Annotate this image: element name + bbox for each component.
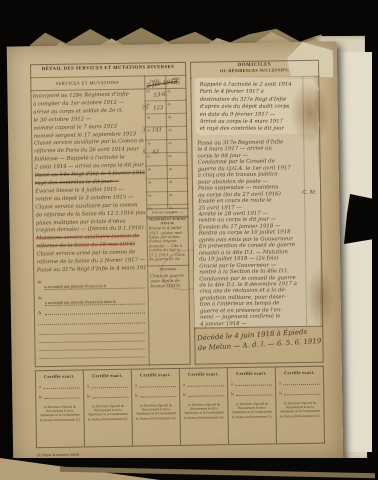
certify-a-prefix: à xyxy=(183,382,185,387)
date-number: 75 123 xyxy=(142,105,182,113)
date-number: 5 42 xyxy=(142,149,182,157)
certify-label: Certifié exact. xyxy=(228,370,275,376)
certify-fill-line xyxy=(236,390,272,396)
certify-le-prefix: le xyxy=(231,391,234,396)
certify-fill-line xyxy=(187,381,224,387)
certify-le-prefix: le xyxy=(183,392,186,397)
certify-fill-line xyxy=(92,393,128,399)
certify-box: Certifié exact. à le Le Directeur région… xyxy=(36,370,84,447)
certify-fill-line xyxy=(139,382,176,388)
certify-a-prefix: à xyxy=(87,383,89,388)
campaign-du-label: du xyxy=(148,180,151,184)
certify-a-prefix: à xyxy=(279,380,281,385)
document-page: DÉTAIL DES SERVICES ET MUTATIONS DIVERSE… xyxy=(7,41,344,464)
certify-authority: Le Directeur régional du Recrutement et … xyxy=(228,401,275,419)
period-a-prefix: A xyxy=(38,310,41,315)
period-du-1: du xyxy=(37,279,41,284)
certify-fill-line xyxy=(91,383,128,389)
certify-box: Certifié exact. à le Le Directeur région… xyxy=(83,370,132,447)
certify-le-prefix: le xyxy=(279,390,282,395)
certify-box: Certifié exact. à le Le Directeur région… xyxy=(131,369,180,446)
certify-a-prefix: à xyxy=(39,384,41,389)
domiciles-handwriting: Passé au 317e Régiment d'Infiele 4 mars … xyxy=(197,139,318,328)
certify-fill-line xyxy=(188,391,224,397)
certify-fill-line xyxy=(284,390,320,396)
certify-box: Certifié exact. à le Le Directeur région… xyxy=(179,368,228,445)
certify-authority: Le Directeur régional du Recrutement et … xyxy=(132,403,179,421)
certify-box: Certifié exact. à le Le Directeur région… xyxy=(275,367,324,444)
period-du-2: du xyxy=(38,295,42,300)
certify-label: Certifié exact. xyxy=(180,371,227,377)
certify-a-prefix: à xyxy=(231,381,233,386)
campaign-du-label: du xyxy=(169,180,172,184)
certify-box: Certifié exact. à le Le Directeur région… xyxy=(227,367,276,444)
slip-line: et rayé des contrôles le dit jour xyxy=(200,126,314,134)
certify-fill-line xyxy=(43,384,80,390)
campaign-cell: dudu xyxy=(146,179,188,193)
scanned-register-photo: DÉTAIL DES SERVICES ET MUTATIONS DIVERSE… xyxy=(0,0,378,480)
services-handwriting: Incorporé au 128e Régiment d'Infieà comp… xyxy=(33,91,147,275)
certify-le-prefix: le xyxy=(39,394,42,399)
certify-authority: Le Directeur régional du Recrutement et … xyxy=(180,402,227,420)
certify-authority: Le Directeur régional du Recrutement et … xyxy=(84,404,131,422)
certify-fill-line xyxy=(44,394,80,400)
certify-authority: Le Directeur régional du Recrutement et … xyxy=(36,404,83,422)
certify-label: Certifié exact. xyxy=(132,372,179,378)
slip-handwriting: Rappelé à l'activité le 2 août 1914Parti… xyxy=(200,82,314,134)
campaign-cell: dudu xyxy=(146,192,188,206)
campaign-du-label: du xyxy=(148,193,151,197)
certify-label: Certifié exact. xyxy=(36,373,83,379)
campaign-du-label: du xyxy=(169,193,172,197)
date-number: 3 141 xyxy=(142,127,182,135)
certify-fill-line xyxy=(140,392,176,398)
date-column-numbers: 75 123 3 141 5 42 xyxy=(141,90,182,172)
blessures-header: BLESSURES ET ACTIONS D'ÉCLAT. xyxy=(146,217,188,226)
campaign-total: Total des campagnes ...... xyxy=(146,210,188,215)
certify-a-prefix: à xyxy=(135,383,137,388)
certify-row: Certifié exact. à le Le Directeur région… xyxy=(35,366,325,449)
annotation-cm: C. M. xyxy=(302,190,317,196)
certify-fill-line xyxy=(283,380,320,386)
certify-label: Certifié exact. xyxy=(84,373,131,379)
footnote: (1) Rayer la mention inutile. xyxy=(37,453,80,458)
certify-le-prefix: le xyxy=(87,393,90,398)
certify-fill-line xyxy=(235,380,272,386)
right-section-title: DOMICILES OU RÉSIDENCES SUCCESSIFS. xyxy=(190,62,319,74)
certify-label: Certifié exact. xyxy=(276,370,323,376)
certify-le-prefix: le xyxy=(135,393,138,398)
certify-authority: Le Directeur régional du Recrutement et … xyxy=(276,401,323,419)
